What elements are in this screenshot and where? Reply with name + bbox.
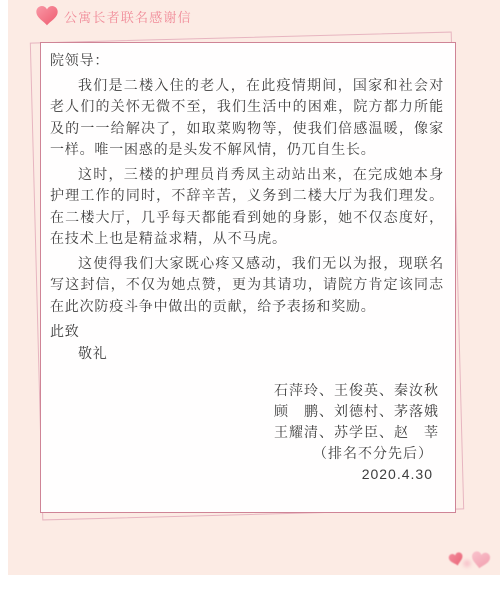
page-title: 公寓长者联名感谢信 — [64, 7, 192, 26]
signature-line: 王耀清、苏学臣、赵 莘 — [50, 422, 439, 443]
closing-jingli: 敬礼 — [50, 343, 444, 365]
signature-block: 石萍玲、王俊英、秦汝秋 顾 鹏、刘德村、茅落娥 王耀清、苏学臣、赵 莘 （排名不… — [50, 380, 444, 485]
decor-hearts — [450, 552, 490, 569]
salutation: 院领导： — [50, 50, 444, 72]
signature-note: （排名不分先后） — [50, 443, 439, 464]
heart-icon — [36, 6, 58, 26]
closing-cizhi: 此致 — [50, 321, 444, 343]
paragraph-2: 这时，三楼的护理员肖秀凤主动站出来，在完成她本身护理工作的同时，不辞辛苦，义务到… — [50, 164, 444, 250]
letter-sheet: 院领导： 我们是二楼入住的老人，在此疫情期间，国家和社会对老人们的关怀无微不至，… — [40, 42, 456, 513]
pink-panel: 公寓长者联名感谢信 院领导： 我们是二楼入住的老人，在此疫情期间，国家和社会对老… — [8, 0, 500, 575]
paragraph-1: 我们是二楼入住的老人，在此疫情期间，国家和社会对老人们的关怀无微不至，我们生活中… — [50, 75, 444, 161]
letter-date: 2020.4.30 — [50, 464, 439, 485]
paragraph-3: 这使得我们大家既心疼又感动，我们无以为报，现联名写这封信，不仅为她点赞，更为其请… — [50, 253, 444, 318]
signature-line: 顾 鹏、刘德村、茅落娥 — [50, 401, 439, 422]
large-heart-icon — [470, 551, 491, 571]
letter-header: 公寓长者联名感谢信 — [36, 6, 192, 26]
signature-line: 石萍玲、王俊英、秦汝秋 — [50, 380, 439, 401]
